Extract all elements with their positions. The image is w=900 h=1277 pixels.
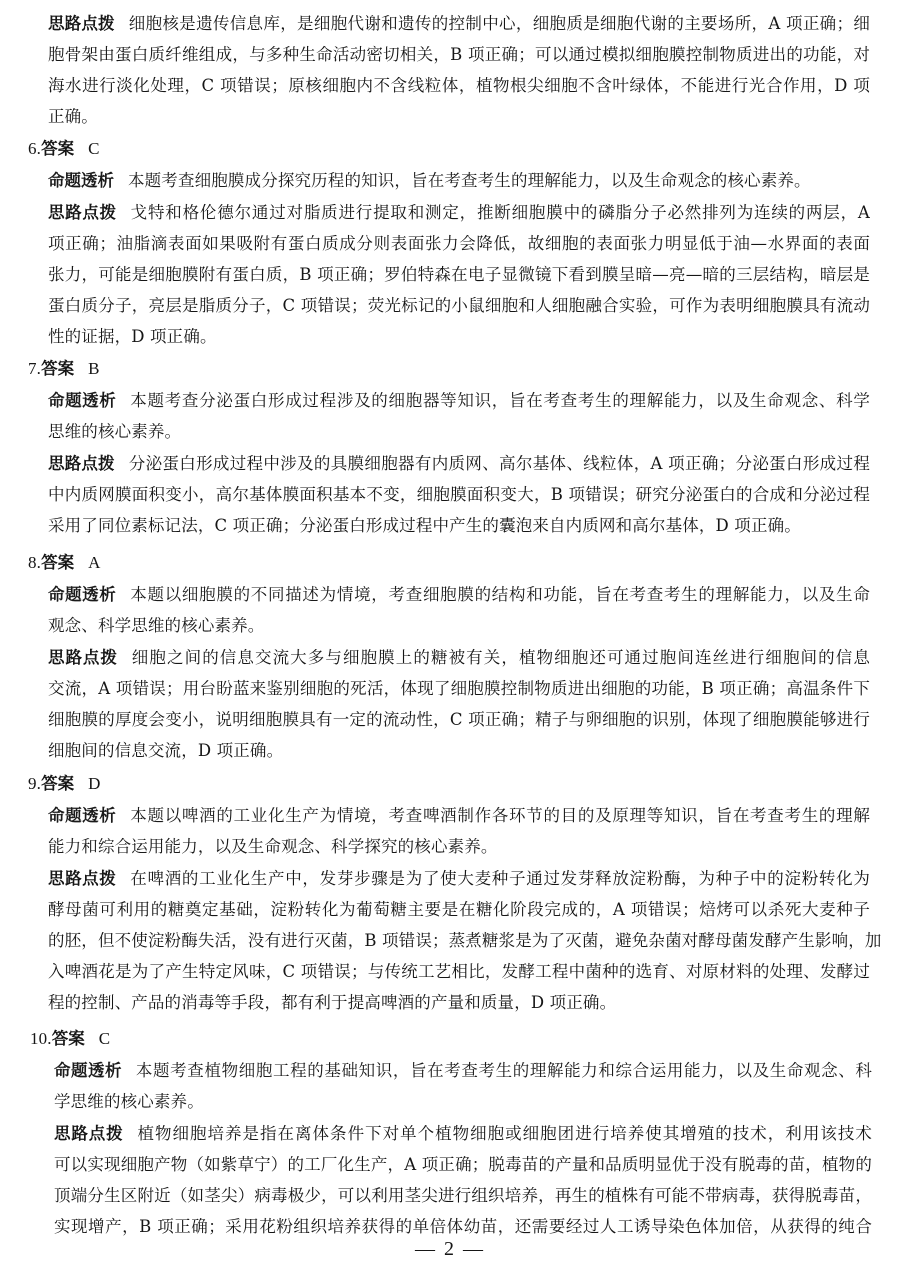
solution-label: 思路点拨 <box>48 454 115 473</box>
q6-solution-line-1: 思路点拨戈特和格伦德尔通过对脂质进行提取和测定，推断细胞膜中的磷脂分子必然排列为… <box>48 201 870 225</box>
q9-solution-line-5: 程的控制、产品的消毒等手段，都有利于提高啤酒的产量和质量，D 项正确。 <box>48 991 870 1015</box>
q5-solution-line-1: 思路点拨细胞核是遗传信息库，是细胞代谢和遗传的控制中心，细胞质是细胞代谢的主要场… <box>48 12 870 36</box>
q5-solution-line-3: 海水进行淡化处理，C 项错误；原核细胞内不含线粒体，植物根尖细胞不含叶绿体，不能… <box>48 74 870 98</box>
question-number: 9. <box>28 774 41 793</box>
q10-analysis-line-2: 学思维的核心素养。 <box>54 1090 872 1114</box>
document-page: 思路点拨细胞核是遗传信息库，是细胞代谢和遗传的控制中心，细胞质是细胞代谢的主要场… <box>0 0 900 1277</box>
q7-solution-line-2: 中内质网膜面积变小，高尔基体膜面积基本不变，细胞膜面积变大，B 项错误；研究分泌… <box>48 483 870 507</box>
question-number: 8. <box>28 553 41 572</box>
q8-solution-line-1: 思路点拨细胞之间的信息交流大多与细胞膜上的糖被有关，植物细胞还可通过胞间连丝进行… <box>48 646 870 670</box>
q7-solution-line-3: 采用了同位素标记法，C 项正确；分泌蛋白形成过程中产生的囊泡来自内质网和高尔基体… <box>48 514 870 538</box>
analysis-label: 命题透析 <box>48 806 116 825</box>
answer-label: 答案 <box>41 359 74 378</box>
analysis-label: 命题透析 <box>48 171 114 190</box>
answer-value: C <box>88 139 100 158</box>
analysis-label: 命题透析 <box>48 585 116 604</box>
q6-analysis-line-1: 命题透析本题考查细胞膜成分探究历程的知识，旨在考查考生的理解能力，以及生命观念的… <box>48 169 870 193</box>
q10-solution-line-1: 思路点拨植物细胞培养是指在离体条件下对单个植物细胞或细胞团进行培养使其增殖的技术… <box>54 1122 872 1146</box>
q6-solution-line-4: 蛋白质分子，亮层是脂质分子，C 项错误；荧光标记的小鼠细胞和人细胞融合实验，可作… <box>48 294 870 318</box>
solution-label: 思路点拨 <box>48 14 115 33</box>
solution-label: 思路点拨 <box>48 648 118 667</box>
q7-analysis-line-1: 命题透析本题考查分泌蛋白形成过程涉及的细胞器等知识，旨在考查考生的理解能力，以及… <box>48 389 870 413</box>
q9-analysis-line-1: 命题透析本题以啤酒的工业化生产为情境，考查啤酒制作各环节的目的及原理等知识，旨在… <box>48 804 870 828</box>
page-number: — 2 — <box>0 1238 900 1261</box>
analysis-label: 命题透析 <box>48 391 116 410</box>
q9-solution-line-1: 思路点拨在啤酒的工业化生产中，发芽步骤是为了使大麦种子通过发芽释放淀粉酶，为种子… <box>48 867 870 891</box>
q8-analysis-line-2: 观念、科学思维的核心素养。 <box>48 614 870 638</box>
answer-value: C <box>99 1029 111 1048</box>
q9-analysis-line-2: 能力和综合运用能力，以及生命观念、科学探究的核心素养。 <box>48 835 870 859</box>
q8-solution-line-2: 交流，A 项错误；用台盼蓝来鉴别细胞的死活，体现了细胞膜控制物质进出细胞的功能，… <box>48 677 870 701</box>
question-number: 10. <box>30 1029 52 1048</box>
q8-solution-line-4: 细胞间的信息交流，D 项正确。 <box>48 739 870 763</box>
q8-solution-line-3: 细胞膜的厚度会变小，说明细胞膜具有一定的流动性，C 项正确；精子与卵细胞的识别，… <box>48 708 870 732</box>
answer-label: 答案 <box>52 1029 85 1048</box>
q6-solution-line-5: 性的证据，D 项正确。 <box>48 325 870 349</box>
question-number: 6. <box>28 139 41 158</box>
q9-answer-line: 9.答案D <box>28 772 850 796</box>
q5-solution-line-4: 正确。 <box>48 105 870 129</box>
q7-analysis-line-2: 思维的核心素养。 <box>48 420 870 444</box>
q9-solution-line-2: 酵母菌可利用的糖奠定基础，淀粉转化为葡萄糖主要是在糖化阶段完成的，A 项错误；焙… <box>48 898 870 922</box>
q6-answer-line: 6.答案C <box>28 137 850 161</box>
q7-solution-line-1: 思路点拨分泌蛋白形成过程中涉及的具膜细胞器有内质网、高尔基体、线粒体，A 项正确… <box>48 452 870 476</box>
q6-solution-line-2: 项正确；油脂滴表面如果吸附有蛋白质成分则表面张力会降低，故细胞的表面张力明显低于… <box>48 232 870 256</box>
q8-answer-line: 8.答案A <box>28 551 850 575</box>
solution-label: 思路点拨 <box>54 1124 123 1143</box>
solution-label: 思路点拨 <box>48 869 116 888</box>
q9-solution-line-3: 的胚，但不使淀粉酶失活，没有进行灭菌，B 项错误；蒸煮糖浆是为了灭菌，避免杂菌对… <box>48 929 870 953</box>
q6-solution-line-3: 张力，可能是细胞膜附有蛋白质，B 项正确；罗伯特森在电子显微镜下看到膜呈暗—亮—… <box>48 263 870 287</box>
analysis-label: 命题透析 <box>54 1061 122 1080</box>
q5-solution-line-2: 胞骨架由蛋白质纤维组成，与多种生命活动密切相关，B 项正确；可以通过模拟细胞膜控… <box>48 43 870 67</box>
solution-label: 思路点拨 <box>48 203 117 222</box>
answer-value: A <box>88 553 100 572</box>
q10-solution-line-2: 可以实现细胞产物（如紫草宁）的工厂化生产，A 项正确；脱毒苗的产量和品质明显优于… <box>54 1153 872 1177</box>
answer-value: B <box>88 359 100 378</box>
q10-analysis-line-1: 命题透析本题考查植物细胞工程的基础知识，旨在考查考生的理解能力和综合运用能力，以… <box>54 1059 872 1083</box>
q7-answer-line: 7.答案B <box>28 357 850 381</box>
q8-analysis-line-1: 命题透析本题以细胞膜的不同描述为情境，考查细胞膜的结构和功能，旨在考查考生的理解… <box>48 583 870 607</box>
answer-label: 答案 <box>41 553 74 572</box>
answer-value: D <box>88 774 100 793</box>
q10-solution-line-3: 顶端分生区附近（如茎尖）病毒极少，可以利用茎尖进行组织培养，再生的植株有可能不带… <box>54 1184 872 1208</box>
q10-solution-line-4: 实现增产，B 项正确；采用花粉组织培养获得的单倍体幼苗，还需要经过人工诱导染色体… <box>54 1215 872 1239</box>
q10-answer-line: 10.答案C <box>30 1027 852 1051</box>
q9-solution-line-4: 入啤酒花是为了产生特定风味，C 项错误；与传统工艺相比，发酵工程中菌种的选育、对… <box>48 960 870 984</box>
question-number: 7. <box>28 359 41 378</box>
answer-label: 答案 <box>41 774 74 793</box>
answer-label: 答案 <box>41 139 74 158</box>
